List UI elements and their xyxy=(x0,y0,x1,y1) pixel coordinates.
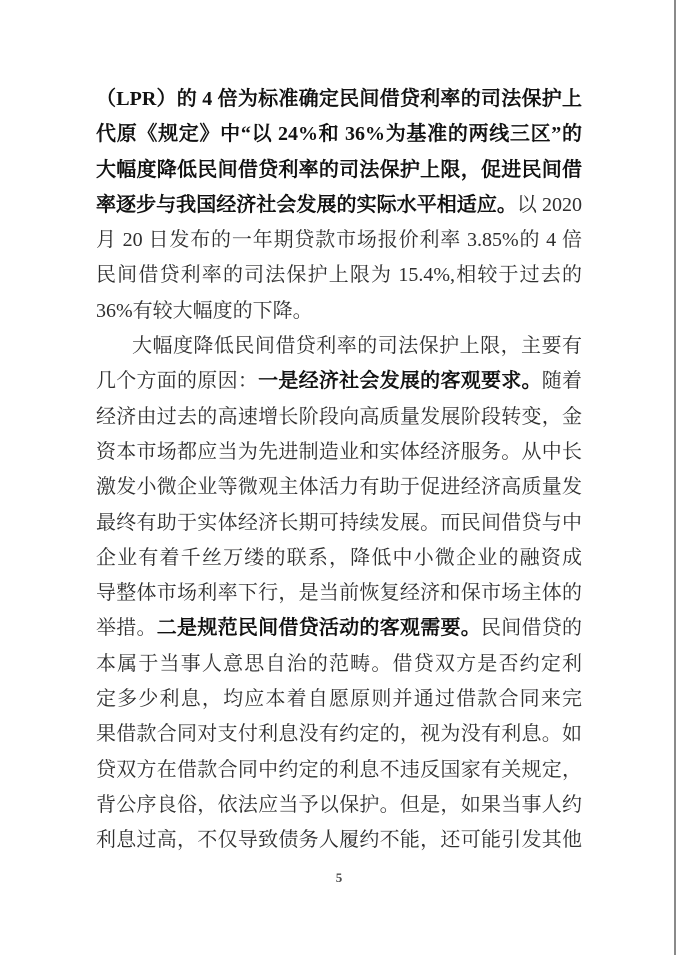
text-line: 定多少利息，均应本着自愿原则并通过借款合同来完成。如 xyxy=(96,682,582,717)
text-line: 贷双方在借款合同中约定的利息不违反国家有关规定，不违 xyxy=(96,753,582,788)
text-segment: 贷双方在借款合同中约定的利息不违反国家有关规定，不违 xyxy=(96,759,582,788)
text-line: 利息过高，不仅导致债务人履约不能，还可能引发其他社会 xyxy=(96,823,582,858)
text-line: （LPR）的 4 倍为标准确定民间借贷利率的司法保护上限，取 xyxy=(96,82,582,117)
text-lines: （LPR）的 4 倍为标准确定民间借贷利率的司法保护上限，取代原《规定》中“以 … xyxy=(96,82,582,859)
text-segment: 果借款合同对支付利息没有约定的，视为没有利息。如果借 xyxy=(96,723,582,752)
text-segment: 资本市场都应当为先进制造业和实体经济服务。从中长期看， xyxy=(96,441,582,470)
text-segment: 几个方面的原因： xyxy=(96,370,258,392)
text-segment: 月 20 日发布的一年期贷款市场报价利率 3.85%的 4 倍计算， xyxy=(96,229,582,258)
bold-text-segment: 大幅度降低民间借贷利率的司法保护上限，促进民间借贷利 xyxy=(96,159,582,188)
text-segment: 最终有助于实体经济长期可持续发展。而民间借贷与中小微 xyxy=(96,512,582,541)
bold-text-segment: 一是经济社会发展的客观要求。 xyxy=(258,370,542,392)
text-line: 激发小微企业等微观主体活力有助于促进经济高质量发展， xyxy=(96,470,582,505)
text-segment: 经济由过去的高速增长阶段向高质量发展阶段转变，金融及 xyxy=(96,406,582,435)
text-segment: 本属于当事人意思自治的范畴。借贷双方是否约定利息、约 xyxy=(96,653,582,682)
bold-text-segment: （LPR）的 4 倍为标准确定民间借贷利率的司法保护上限，取 xyxy=(96,88,582,117)
text-segment: 背公序良俗，依法应当予以保护。但是，如果当事人约定的 xyxy=(96,794,582,823)
text-line: 月 20 日发布的一年期贷款市场报价利率 3.85%的 4 倍计算， xyxy=(96,223,582,258)
text-line: 资本市场都应当为先进制造业和实体经济服务。从中长期看， xyxy=(96,435,582,470)
text-segment: 利息过高，不仅导致债务人履约不能，还可能引发其他社会 xyxy=(96,829,582,858)
page-text-block: （LPR）的 4 倍为标准确定民间借贷利率的司法保护上限，取代原《规定》中“以 … xyxy=(96,82,582,859)
text-line: 企业有着千丝万缕的联系，降低中小微企业的融资成本，引 xyxy=(96,541,582,576)
text-segment: 导整体市场利率下行，是当前恢复经济和保市场主体的重要 xyxy=(96,582,582,611)
text-line: 民间借贷利率的司法保护上限为 15.4%,相较于过去的 24%和 xyxy=(96,258,582,293)
page-number: 5 xyxy=(336,870,343,885)
text-segment: 举措。 xyxy=(96,617,157,639)
text-line: 36%有较大幅度的下降。 xyxy=(96,294,582,329)
text-segment: 民间借贷利率的司法保护上限为 15.4%,相较于过去的 24%和 xyxy=(96,264,582,293)
page-footer: 5 xyxy=(96,869,582,887)
text-line: 本属于当事人意思自治的范畴。借贷双方是否约定利息、约 xyxy=(96,647,582,682)
text-line: 背公序良俗，依法应当予以保护。但是，如果当事人约定的 xyxy=(96,788,582,823)
text-line: 果借款合同对支付利息没有约定的，视为没有利息。如果借 xyxy=(96,717,582,752)
text-line: 最终有助于实体经济长期可持续发展。而民间借贷与中小微 xyxy=(96,506,582,541)
text-segment: 激发小微企业等微观主体活力有助于促进经济高质量发展， xyxy=(96,476,582,505)
text-line: 率逐步与我国经济社会发展的实际水平相适应。以 2020 年 7 xyxy=(96,188,582,223)
text-line: 几个方面的原因：一是经济社会发展的客观要求。随着我国 xyxy=(96,364,582,399)
text-segment: 企业有着千丝万缕的联系，降低中小微企业的融资成本，引 xyxy=(96,547,582,576)
text-segment: 36%有较大幅度的下降。 xyxy=(96,300,313,322)
text-line: 大幅度降低民间借贷利率的司法保护上限，主要有以下 xyxy=(96,329,582,364)
text-segment: 大幅度降低民间借贷利率的司法保护上限，主要有以下 xyxy=(96,335,582,364)
bold-text-segment: 代原《规定》中“以 24%和 36%为基准的两线三区”的规定， xyxy=(96,123,582,152)
document-page: （LPR）的 4 倍为标准确定民间借贷利率的司法保护上限，取代原《规定》中“以 … xyxy=(0,0,677,955)
text-line: 举措。二是规范民间借贷活动的客观需要。民间借贷的利率 xyxy=(96,611,582,646)
text-line: 导整体市场利率下行，是当前恢复经济和保市场主体的重要 xyxy=(96,576,582,611)
bold-text-segment: 率逐步与我国经济社会发展的实际水平相适应。 xyxy=(96,194,517,216)
text-line: 代原《规定》中“以 24%和 36%为基准的两线三区”的规定， xyxy=(96,117,582,152)
page-right-edge-line xyxy=(674,0,676,955)
bold-text-segment: 二是规范民间借贷活动的客观需要。 xyxy=(157,617,481,639)
text-line: 大幅度降低民间借贷利率的司法保护上限，促进民间借贷利 xyxy=(96,153,582,188)
text-segment: 定多少利息，均应本着自愿原则并通过借款合同来完成。如 xyxy=(96,688,582,717)
text-line: 经济由过去的高速增长阶段向高质量发展阶段转变，金融及 xyxy=(96,400,582,435)
